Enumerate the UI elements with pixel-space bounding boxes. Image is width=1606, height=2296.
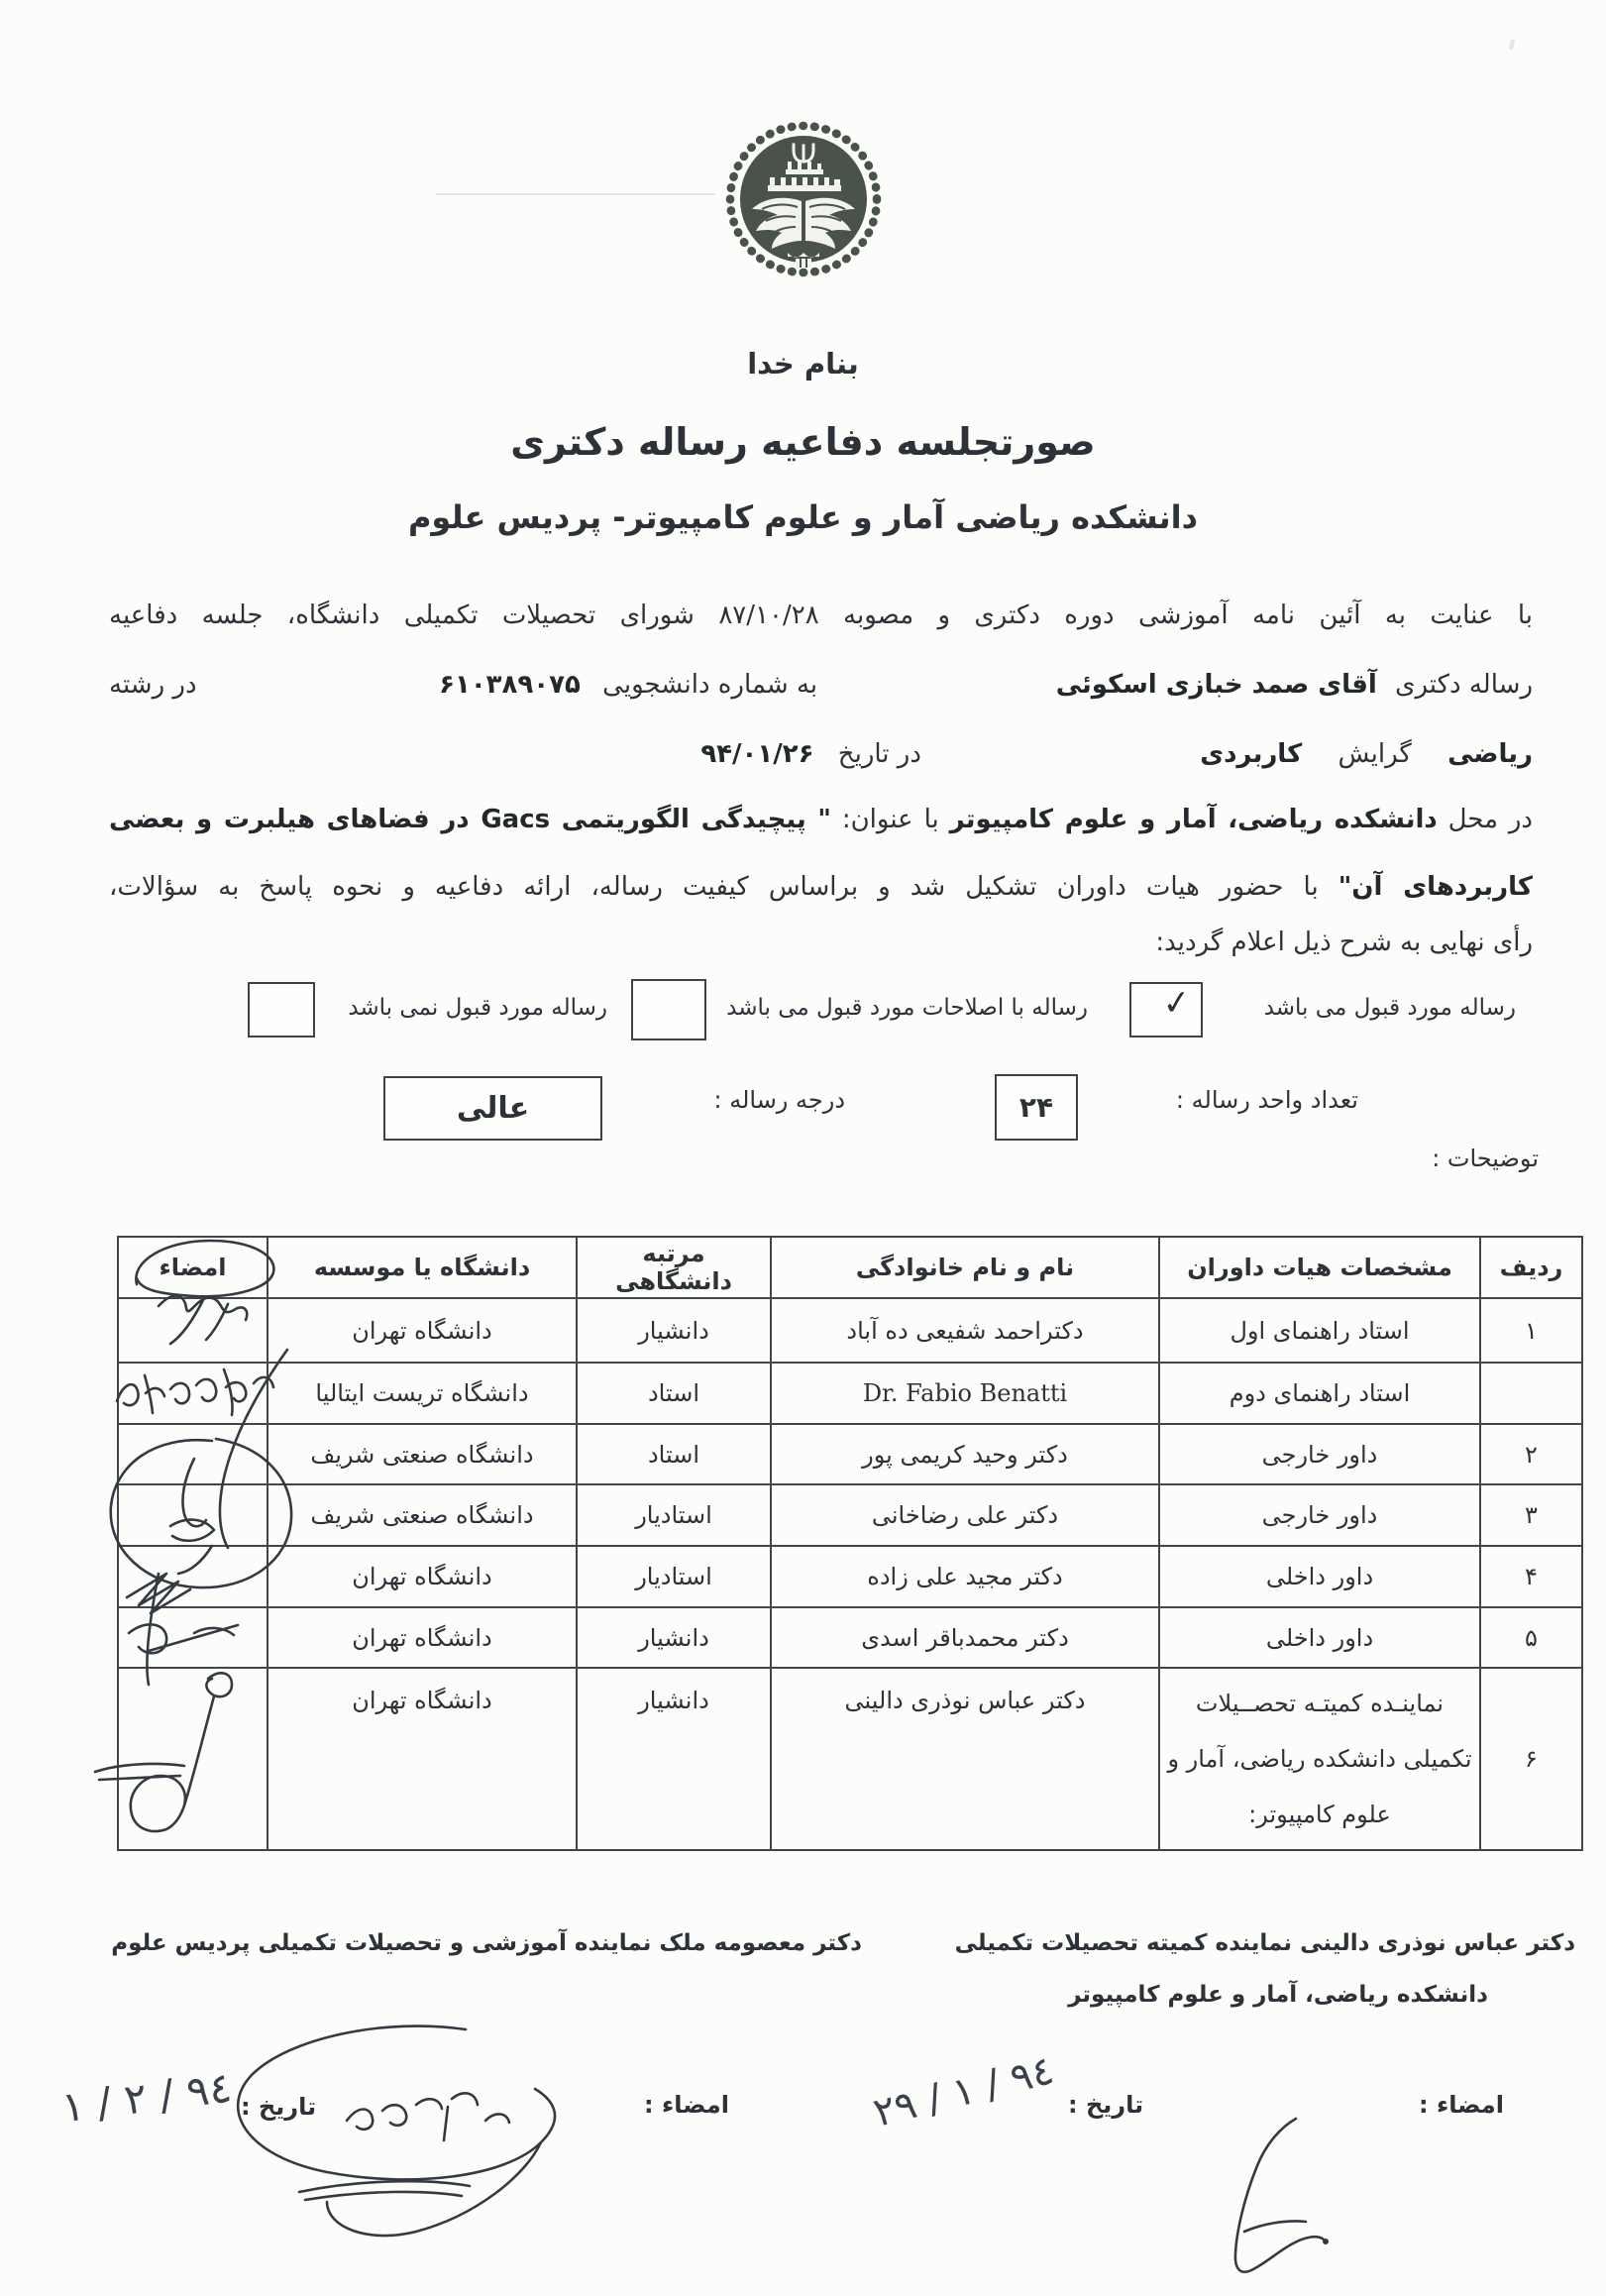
option-accepted-with-revisions-checkbox[interactable]: [631, 979, 706, 1040]
university-of-tehran-emblem-icon: [724, 112, 883, 286]
signature-malek: [299, 2181, 470, 2200]
checkmark-icon: ✓: [1129, 985, 1192, 1025]
jury-rank: استاد: [577, 1363, 771, 1424]
signature-cell: [118, 1424, 268, 1484]
row-number: ۱: [1480, 1298, 1582, 1363]
signature-cell: [118, 1607, 268, 1668]
table-row: ۵ داور داخلی دکتر محمدباقر اسدی دانشیار …: [118, 1607, 1582, 1668]
jury-university: دانشگاه تریست ایتالیا: [268, 1363, 577, 1424]
grade-value-box: عالی: [383, 1076, 602, 1141]
table-row: ۱ استاد راهنمای اول دکتراحمد شفیعی ده آب…: [118, 1298, 1582, 1363]
jury-name: دکتراحمد شفیعی ده آباد: [771, 1298, 1159, 1363]
signature-cell: [118, 1668, 268, 1850]
student-number: ۶۱۰۳۸۹۰۷۵: [439, 670, 581, 700]
jury-role: استاد راهنمای دوم: [1159, 1363, 1480, 1424]
thesis-title-part1: " پیچیدگی الگوریتمی Gacs در فضاهای هیلبر…: [109, 805, 831, 834]
jury-rank: استاد: [577, 1424, 771, 1484]
jury-role: استاد راهنمای اول: [1159, 1298, 1480, 1363]
jury-name: دکتر محمدباقر اسدی: [771, 1607, 1159, 1668]
signature-cell: [118, 1298, 268, 1363]
jury-rank: دانشیار: [577, 1298, 771, 1363]
table-header-row: ردیف مشخصات هیات داوران نام و نام خانواد…: [118, 1237, 1582, 1298]
body-line-2: رساله دکتری آقای صمد خبازی اسکوئی به شما…: [109, 670, 1533, 700]
row-number: ۳: [1480, 1484, 1582, 1546]
row-number: ۶: [1480, 1668, 1582, 1850]
left-date-label: تاریخ :: [241, 2093, 316, 2121]
page-title: صورتجلسه دفاعیه رساله دکتری: [0, 420, 1606, 464]
signature-cell: [118, 1363, 268, 1424]
body-line2-pre: رساله دکتری: [1395, 670, 1533, 700]
row-number: ۴: [1480, 1546, 1582, 1607]
grade-label: درجه رساله :: [713, 1086, 845, 1114]
table-row: ۴ داور داخلی دکتر مجید علی زاده استادیار…: [118, 1546, 1582, 1607]
col-header-row-number: ردیف: [1480, 1237, 1582, 1298]
right-signature-label: امضاء :: [1419, 2091, 1504, 2119]
jury-rank: استادیار: [577, 1484, 771, 1546]
logo-container: [0, 112, 1606, 286]
left-representative-line: دکتر معصومه ملک نماینده آموزشی و تحصیلات…: [149, 1930, 862, 1956]
jury-rank: دانشیار: [577, 1668, 771, 1850]
left-date-handwritten: ۹٤ / ۲ / ۱: [59, 2063, 235, 2132]
option-accepted-label: رساله مورد قبول می باشد: [1264, 995, 1516, 1021]
jury-university: دانشگاه تهران: [268, 1668, 577, 1850]
body-line-6: رأی نهایی به شرح ذیل اعلام گردید:: [109, 928, 1533, 957]
row-number: ۲: [1480, 1424, 1582, 1484]
col-header-role: مشخصات هیات داوران: [1159, 1237, 1480, 1298]
scan-artifact-dot: [1509, 40, 1515, 51]
faculty-subtitle: دانشکده ریاضی آمار و علوم کامپیوتر- پردی…: [0, 498, 1606, 536]
jury-name: دکتر وحید کریمی پور: [771, 1424, 1159, 1484]
col-header-name: نام و نام خانوادگی: [771, 1237, 1159, 1298]
body-line5-rest: با حضور هیات داوران تشکیل شد و براساس کی…: [109, 872, 1319, 902]
table-row: ۶ نماینـده کمیتـه تحصــیلات تکمیلی دانشک…: [118, 1668, 1582, 1850]
option-accepted-with-revisions-label: رساله با اصلاحات مورد قبول می باشد: [726, 995, 1088, 1021]
checkmark-empty: [250, 985, 303, 991]
jury-rank: دانشیار: [577, 1607, 771, 1668]
jury-name: دکتر علی رضاخانی: [771, 1484, 1159, 1546]
row-number: ۵: [1480, 1607, 1582, 1668]
notes-label: توضیحات :: [1432, 1145, 1539, 1172]
signature-bottom-right: [1323, 2239, 1329, 2244]
option-rejected-checkbox[interactable]: [248, 982, 315, 1038]
defense-date-label: در تاریخ: [838, 739, 921, 769]
units-label: تعداد واحد رساله :: [1176, 1086, 1358, 1114]
jury-role: نماینـده کمیتـه تحصــیلات تکمیلی دانشکده…: [1159, 1668, 1480, 1850]
table-row: ۳ داور خارجی دکتر علی رضاخانی استادیار د…: [118, 1484, 1582, 1546]
signature-malek: [327, 2142, 541, 2236]
bismillah-text: بنام خدا: [0, 347, 1606, 381]
left-signature-label: امضاء :: [644, 2091, 729, 2119]
col-header-university: دانشگاه یا موسسه: [268, 1237, 577, 1298]
jury-name: Dr. Fabio Benatti: [771, 1363, 1159, 1424]
student-name: آقای صمد خبازی اسکوئی: [1056, 670, 1377, 700]
units-value-box: ۲۴: [995, 1074, 1078, 1141]
jury-university: دانشگاه تهران: [268, 1298, 577, 1363]
jury-rank: استادیار: [577, 1546, 771, 1607]
body-line-5: کاربردهای آن" با حضور هیات داوران تشکیل …: [109, 872, 1533, 902]
field-value: ریاضی: [1447, 739, 1533, 769]
body-line-3: ریاضی گرایش کاربردی در تاریخ ۹۴/۰۱/۲۶: [109, 739, 1533, 769]
table-row: ۲ داور خارجی دکتر وحید کریمی پور استاد د…: [118, 1424, 1582, 1484]
right-representative-line2: دانشکده ریاضی، آمار و علوم کامپیوتر: [981, 1982, 1575, 2008]
col-header-signature: امضاء: [118, 1237, 268, 1298]
signature-bottom-right: [1235, 2119, 1324, 2272]
title-intro: با عنوان:: [842, 805, 939, 834]
student-number-label: به شماره دانشجویی: [602, 670, 817, 700]
field-intro: در رشته: [109, 670, 197, 700]
branch-label: گرایش: [1338, 739, 1411, 769]
jury-role: داور خارجی: [1159, 1424, 1480, 1484]
jury-role: داور داخلی: [1159, 1607, 1480, 1668]
location-dept: دانشکده ریاضی، آمار و علوم کامپیوتر: [950, 805, 1438, 834]
thesis-title-part2: کاربردهای آن": [1338, 872, 1533, 902]
jury-role: داور خارجی: [1159, 1484, 1480, 1546]
jury-university: دانشگاه صنعتی شریف: [268, 1484, 577, 1546]
jury-role: داور داخلی: [1159, 1546, 1480, 1607]
defense-date: ۹۴/۰۱/۲۶: [700, 739, 813, 769]
jury-university: دانشگاه صنعتی شریف: [268, 1424, 577, 1484]
body-line-4: در محل دانشکده ریاضی، آمار و علوم کامپیو…: [109, 805, 1533, 834]
jury-university: دانشگاه تهران: [268, 1607, 577, 1668]
signature-cell: [118, 1546, 268, 1607]
jury-name: دکتر عباس نوذری دالینی: [771, 1668, 1159, 1850]
signature-cell: [118, 1484, 268, 1546]
row-number: [1480, 1363, 1582, 1424]
col-header-rank: مرتبه دانشگاهی: [577, 1237, 771, 1298]
option-accepted-checkbox[interactable]: ✓: [1129, 982, 1203, 1038]
jury-university: دانشگاه تهران: [268, 1546, 577, 1607]
jury-table: ردیف مشخصات هیات داوران نام و نام خانواد…: [117, 1236, 1583, 1851]
checkmark-empty: [633, 982, 695, 988]
right-representative-line1: دکتر عباس نوذری دالینی نماینده کمیته تحص…: [981, 1930, 1575, 1956]
mid-date-handwritten: ۹٤ / ۱ / ۲۹: [869, 2047, 1058, 2135]
branch-value: کاربردی: [1200, 739, 1302, 769]
body-line-1: با عنایت به آئین نامه آموزشی دوره دکتری …: [109, 601, 1533, 630]
scanned-defense-minutes-page: بنام خدا صورتجلسه دفاعیه رساله دکتری دان…: [0, 0, 1606, 2296]
signature-malek: [347, 2093, 509, 2140]
option-rejected-label: رساله مورد قبول نمی باشد: [348, 995, 607, 1021]
jury-name: دکتر مجید علی زاده: [771, 1546, 1159, 1607]
table-row: استاد راهنمای دوم Dr. Fabio Benatti استا…: [118, 1363, 1582, 1424]
mid-date-label: تاریخ :: [1068, 2091, 1143, 2119]
location-pre: در محل: [1448, 805, 1533, 834]
